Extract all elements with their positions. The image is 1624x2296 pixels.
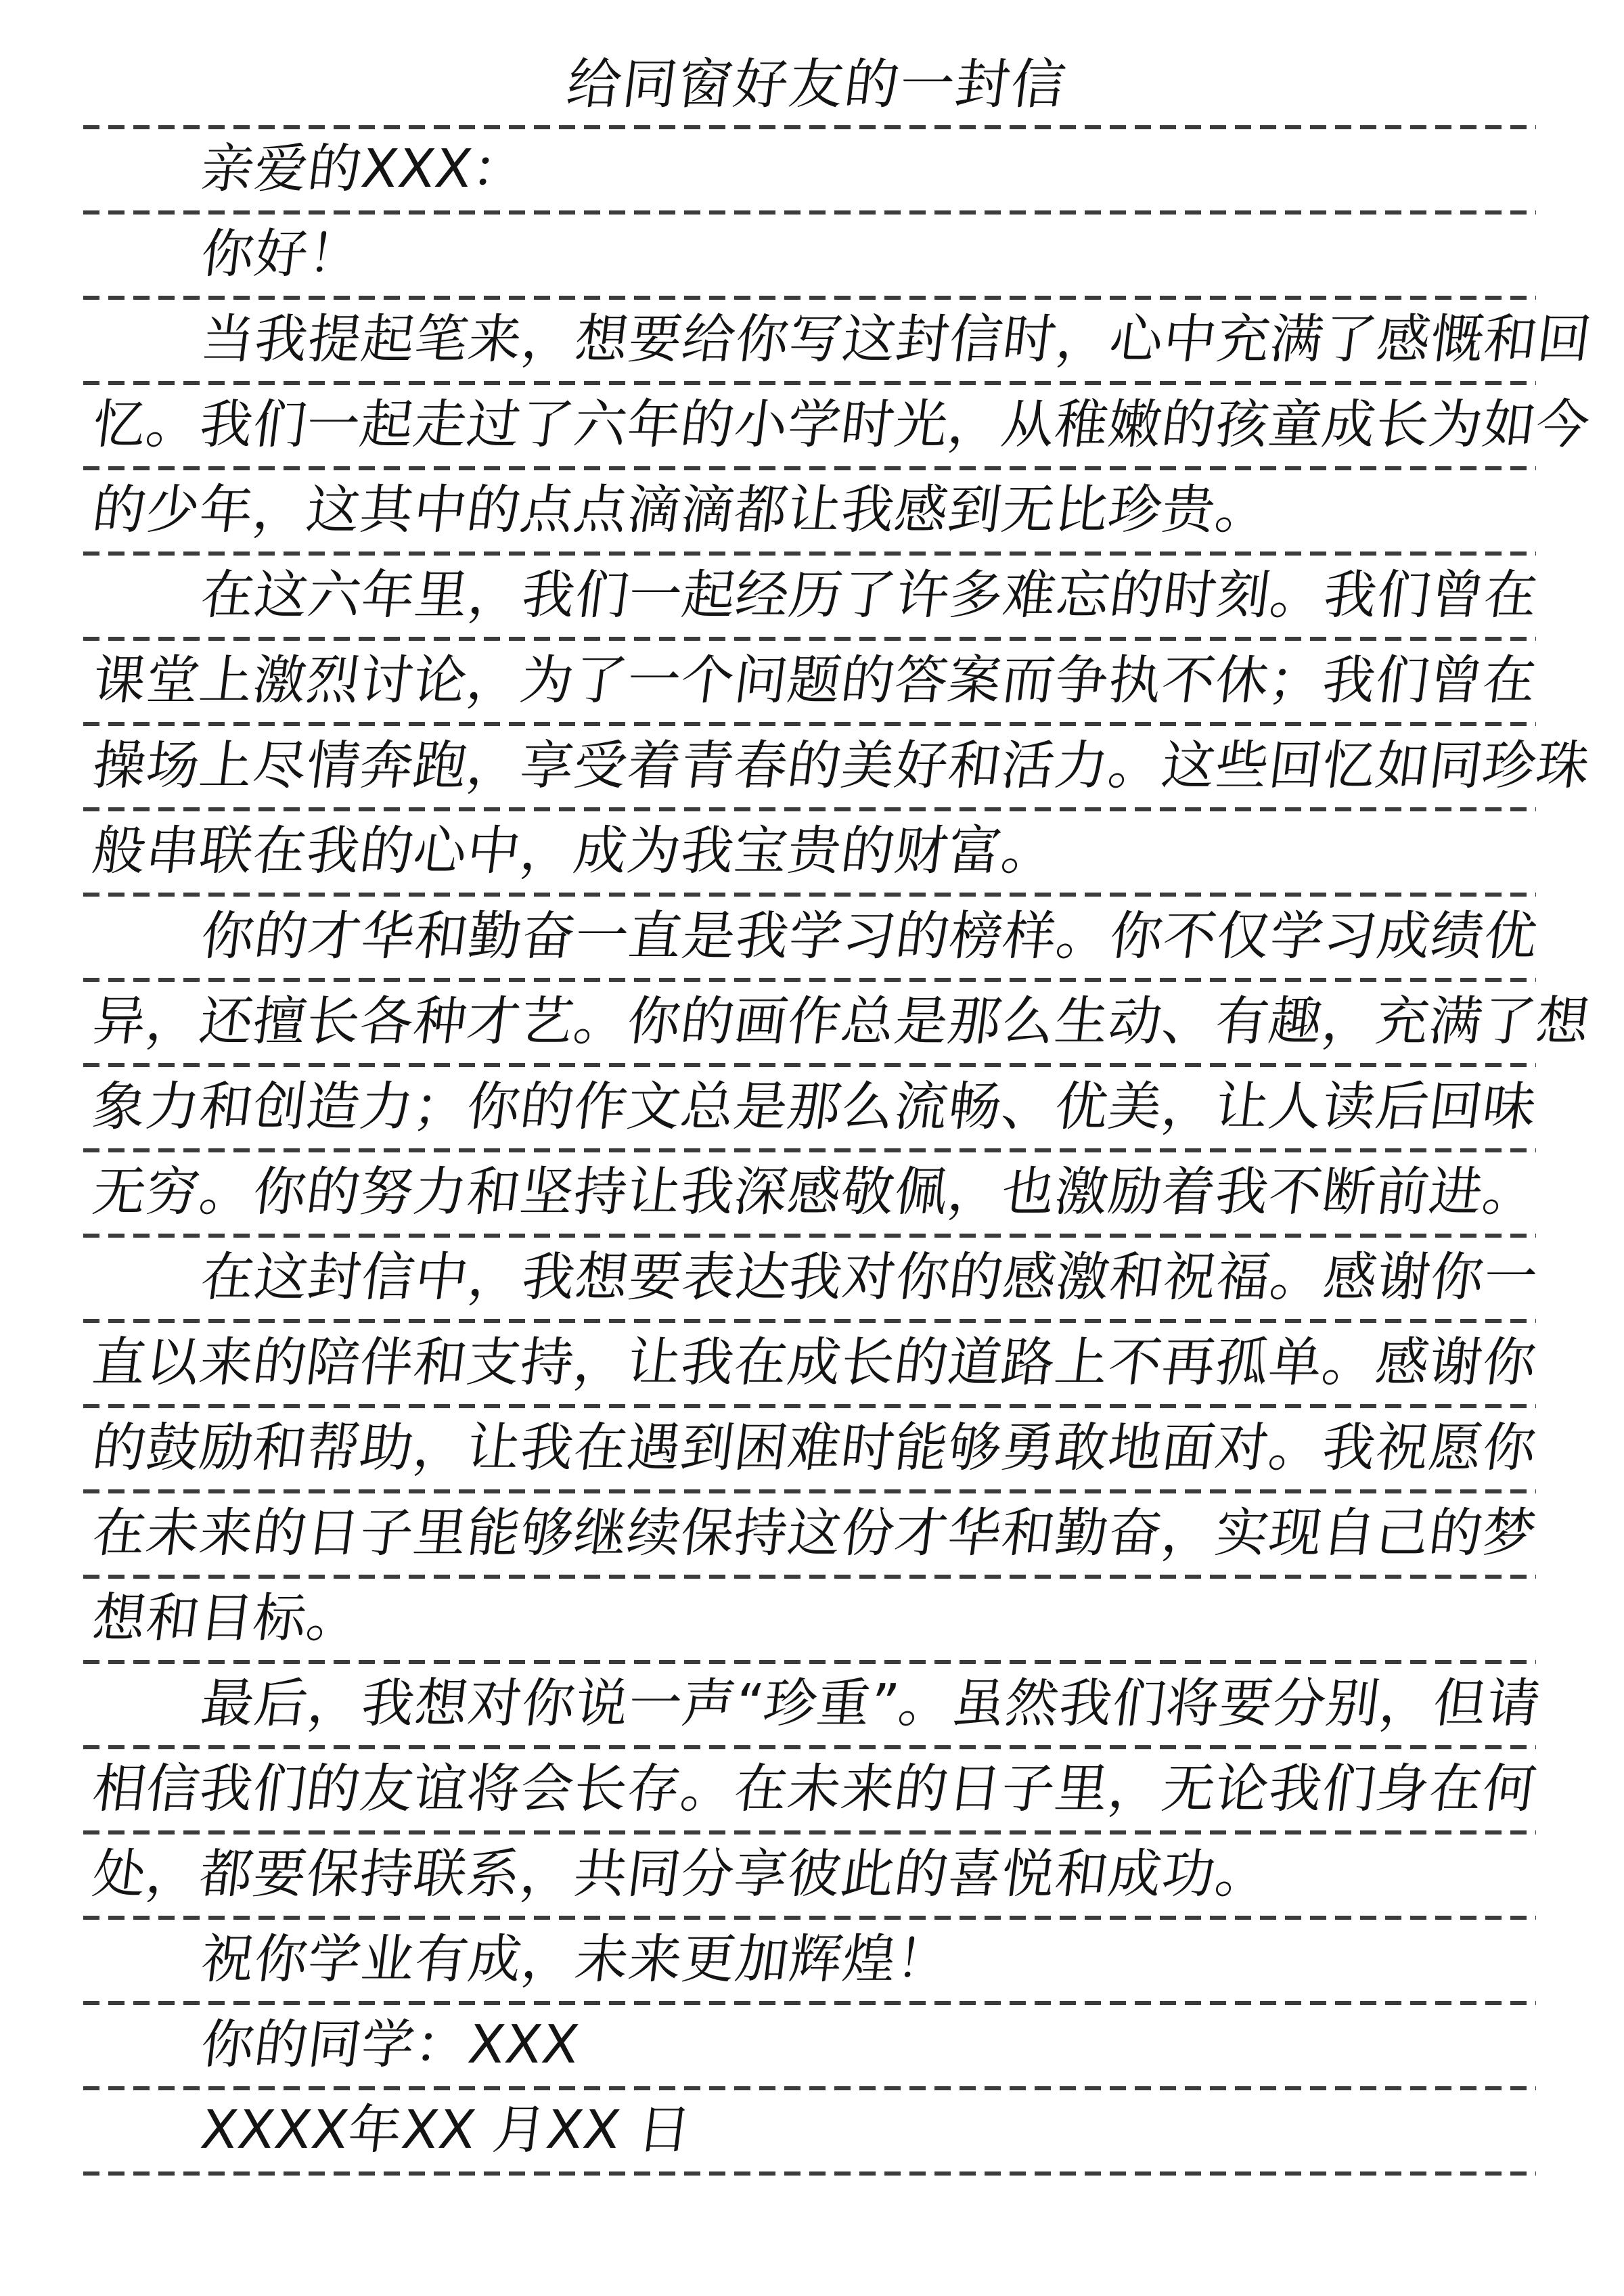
ruled-line bbox=[83, 1234, 1536, 1238]
letter-line-text: 异，还擅长各种才艺。你的画作总是那么生动、有趣，充满了想 bbox=[88, 995, 1593, 1063]
letter-line-text: 想和目标。 bbox=[88, 1592, 363, 1660]
ruled-line bbox=[83, 466, 1536, 470]
letter-line-text: 操场上尽情奔跑，享受着青春的美好和活力。这些回忆如同珍珠 bbox=[88, 740, 1593, 807]
ruled-line bbox=[83, 1489, 1536, 1493]
ruled-line bbox=[83, 978, 1536, 982]
letter-line-text: 直以来的陪伴和支持，让我在成长的道路上不再孤单。感谢你 bbox=[88, 1336, 1539, 1404]
letter-line-text: 的鼓励和帮助，让我在遇到困难时能够勇敢地面对。我祝愿你 bbox=[88, 1422, 1539, 1489]
letter-line: 当我提起笔来，想要给你写这封信时，心中充满了感慨和回 bbox=[88, 296, 1624, 381]
letter-line-text: 祝你学业有成，未来更加辉煌！ bbox=[196, 1933, 953, 2001]
letter-line-text: 当我提起笔来，想要给你写这封信时，心中充满了感慨和回 bbox=[196, 313, 1594, 381]
ruled-line bbox=[83, 1148, 1536, 1152]
letter-line-text: 在未来的日子里能够继续保持这份才华和勤奋，实现自己的梦 bbox=[88, 1507, 1539, 1575]
ruled-line bbox=[83, 2001, 1536, 2005]
letter-line: 忆。我们一起走过了六年的小学时光，从稚嫩的孩童成长为如今 bbox=[88, 381, 1604, 466]
ruled-line bbox=[83, 1575, 1536, 1579]
letter-line: 无穷。你的努力和坚持让我深感敬佩，也激励着我不断前进。 bbox=[88, 1148, 1604, 1234]
letter-line: 最后，我想对你说一声“珍重”。虽然我们将要分别，但请 bbox=[88, 1660, 1624, 1745]
letter-title-text: 给同窗好友的一封信 bbox=[562, 58, 1070, 125]
ruled-line bbox=[83, 125, 1536, 129]
ruled-line bbox=[83, 1660, 1536, 1664]
letter-line-text: 课堂上激烈讨论，为了一个问题的答案而争执不休；我们曾在 bbox=[88, 654, 1539, 722]
letter-line: 异，还擅长各种才艺。你的画作总是那么生动、有趣，充满了想 bbox=[88, 978, 1604, 1063]
ruled-line bbox=[83, 893, 1536, 897]
ruled-line bbox=[83, 1319, 1536, 1323]
letter-line: 在未来的日子里能够继续保持这份才华和勤奋，实现自己的梦 bbox=[88, 1489, 1604, 1575]
letter-line-text: 象力和创造力；你的作文总是那么流畅、优美，让人读后回味 bbox=[88, 1081, 1539, 1148]
letter-line: XXXX年XX 月XX 日 bbox=[88, 2086, 1624, 2171]
ruled-line bbox=[83, 1830, 1536, 1834]
ruled-line bbox=[83, 1404, 1536, 1408]
letter-line-text: 最后，我想对你说一声“珍重”。虽然我们将要分别，但请 bbox=[196, 1678, 1543, 1745]
ruled-line bbox=[83, 381, 1536, 385]
letter-line: 在这封信中，我想要表达我对你的感激和祝福。感谢你一 bbox=[88, 1234, 1624, 1319]
letter-line-text: 在这封信中，我想要表达我对你的感激和祝福。感谢你一 bbox=[196, 1251, 1541, 1319]
letter-line: 亲爱的XXX： bbox=[88, 125, 1624, 210]
letter-line-text: 无穷。你的努力和坚持让我深感敬佩，也激励着我不断前进。 bbox=[88, 1166, 1539, 1234]
letter-line: 你好！ bbox=[88, 210, 1624, 296]
ruled-line bbox=[83, 1916, 1536, 1920]
letter-line-text: 般串联在我的心中，成为我宝贵的财富。 bbox=[88, 825, 1058, 893]
letter-line: 般串联在我的心中，成为我宝贵的财富。 bbox=[88, 807, 1604, 893]
letter-line-text: 忆。我们一起走过了六年的小学时光，从稚嫩的孩童成长为如今 bbox=[88, 399, 1593, 466]
letter-line-text: 在这六年里，我们一起经历了许多难忘的时刻。我们曾在 bbox=[196, 569, 1541, 637]
letter-line-text: 处，都要保持联系，共同分享彼此的喜悦和成功。 bbox=[88, 1848, 1272, 1916]
ruled-line bbox=[83, 210, 1536, 215]
ruled-line bbox=[83, 637, 1536, 641]
ruled-line bbox=[83, 296, 1536, 300]
letter-line-text: 你的同学：XXX bbox=[196, 2019, 583, 2086]
ruled-line bbox=[83, 1745, 1536, 1749]
ruled-line bbox=[83, 722, 1536, 726]
letter-line-text: 你的才华和勤奋一直是我学习的榜样。你不仅学习成绩优 bbox=[196, 910, 1541, 978]
letter-line: 你的才华和勤奋一直是我学习的榜样。你不仅学习成绩优 bbox=[88, 893, 1624, 978]
letter-line: 祝你学业有成，未来更加辉煌！ bbox=[88, 1916, 1624, 2001]
letter-line: 象力和创造力；你的作文总是那么流畅、优美，让人读后回味 bbox=[88, 1063, 1604, 1148]
letter-line-text: XXXX年XX 月XX 日 bbox=[196, 2104, 694, 2171]
letter-line-text: 你好！ bbox=[196, 228, 365, 296]
letter-line-text: 相信我们的友谊将会长存。在未来的日子里，无论我们身在何 bbox=[88, 1763, 1539, 1830]
letter-line: 课堂上激烈讨论，为了一个问题的答案而争执不休；我们曾在 bbox=[88, 637, 1604, 722]
letter-line: 处，都要保持联系，共同分享彼此的喜悦和成功。 bbox=[88, 1830, 1604, 1916]
letter-line-text: 的少年，这其中的点点滴滴都让我感到无比珍贵。 bbox=[88, 484, 1272, 552]
letter-line: 的少年，这其中的点点滴滴都让我感到无比珍贵。 bbox=[88, 466, 1604, 552]
letter-line-text: 亲爱的XXX： bbox=[196, 143, 529, 210]
ruled-line bbox=[83, 2086, 1536, 2090]
ruled-line bbox=[83, 807, 1536, 811]
letter-line: 直以来的陪伴和支持，让我在成长的道路上不再孤单。感谢你 bbox=[88, 1319, 1604, 1404]
letter-line: 相信我们的友谊将会长存。在未来的日子里，无论我们身在何 bbox=[88, 1745, 1604, 1830]
letter-page: 给同窗好友的一封信 亲爱的XXX： 你好！ 当我提起笔来，想要给你写这封信时，心… bbox=[0, 0, 1624, 2296]
letter-line: 想和目标。 bbox=[88, 1575, 1604, 1660]
letter-line: 你的同学：XXX bbox=[88, 2001, 1624, 2086]
letter-title: 给同窗好友的一封信 bbox=[0, 40, 1624, 125]
ruled-line bbox=[83, 2171, 1536, 2176]
letter-line: 操场上尽情奔跑，享受着青春的美好和活力。这些回忆如同珍珠 bbox=[88, 722, 1604, 807]
ruled-line bbox=[83, 552, 1536, 556]
letter-line: 在这六年里，我们一起经历了许多难忘的时刻。我们曾在 bbox=[88, 552, 1624, 637]
letter-line: 的鼓励和帮助，让我在遇到困难时能够勇敢地面对。我祝愿你 bbox=[88, 1404, 1604, 1489]
ruled-line bbox=[83, 1063, 1536, 1067]
